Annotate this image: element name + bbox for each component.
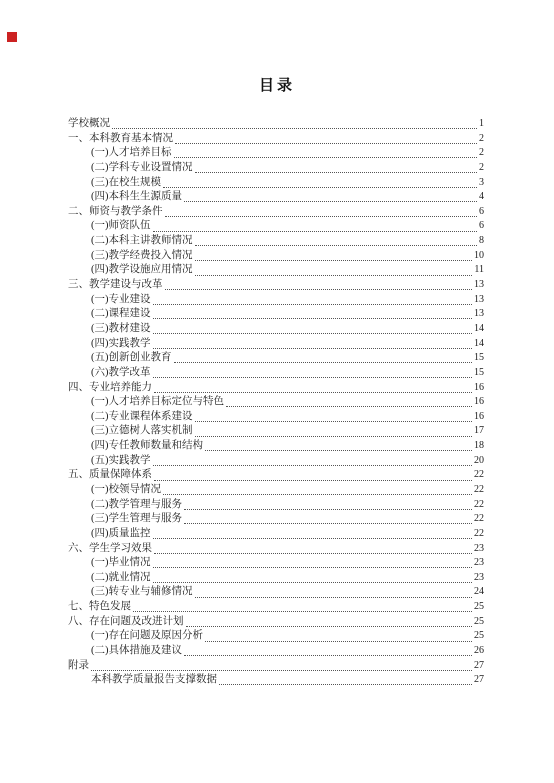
dot-leader [195,275,473,276]
toc-entry[interactable]: 一、本科教育基本情况2 [68,132,484,147]
toc-entry[interactable]: (一)人才培养目标定位与特色16 [68,395,484,410]
toc-entry-page: 22 [474,468,484,483]
toc-entry-label: (一)人才培养目标定位与特色 [91,395,224,410]
toc-entry-label: 八、存在问题及改进计划 [68,615,184,630]
toc-entry-label: 附录 [68,659,89,674]
toc-entry-label: 二、师资与教学条件 [68,205,163,220]
toc-entry-label: 七、特色发展 [68,600,131,615]
toc-entry-page: 2 [479,146,484,161]
toc-entry-label: (六)教学改革 [91,366,151,381]
toc-entry-label: (二)本科主讲教师情况 [91,234,193,249]
toc-entry-label: 六、学生学习效果 [68,542,152,557]
dot-leader [165,289,473,290]
toc-entry-label: (一)师资队伍 [91,219,151,234]
dot-leader [195,436,473,437]
dot-leader [184,509,472,510]
toc-entry-label: (四)本科生生源质量 [91,190,182,205]
toc-entry-page: 16 [474,410,484,425]
toc-entry[interactable]: (四)实践教学14 [68,337,484,352]
toc-entry[interactable]: 五、质量保障体系22 [68,468,484,483]
toc-entry-label: (一)人才培养目标 [91,146,172,161]
toc-entry[interactable]: (四)教学设施应用情况11 [68,263,484,278]
dot-leader [219,684,472,685]
toc-entry[interactable]: (二)教学管理与服务22 [68,498,484,513]
toc-entry-page: 23 [474,556,484,571]
toc-entry-label: (三)教材建设 [91,322,151,337]
toc-entry-page: 24 [474,585,484,600]
toc-entry-page: 13 [474,293,484,308]
dot-leader [91,670,472,671]
toc-entry-label: (三)立德树人落实机制 [91,424,193,439]
toc-entry[interactable]: (一)师资队伍6 [68,219,484,234]
dot-leader [226,406,472,407]
toc-entry-page: 20 [474,454,484,469]
dot-leader [153,582,473,583]
toc-entry-page: 4 [479,190,484,205]
dot-leader [195,245,478,246]
toc-entry-page: 22 [474,527,484,542]
toc-entry-label: (一)专业建设 [91,293,151,308]
toc-entry[interactable]: 八、存在问题及改进计划25 [68,615,484,630]
toc-entry[interactable]: 三、教学建设与改革13 [68,278,484,293]
toc-entry-page: 13 [474,307,484,322]
toc-entry-page: 25 [474,600,484,615]
toc-entry-page: 10 [474,249,484,264]
toc-entry-label: 一、本科教育基本情况 [68,132,173,147]
toc-entry[interactable]: (四)专任教师数量和结构18 [68,439,484,454]
dot-leader [153,377,473,378]
toc-entry-label: (二)具体措施及建议 [91,644,182,659]
toc-entry-page: 23 [474,571,484,586]
dot-leader [195,421,473,422]
toc-entry[interactable]: (一)专业建设13 [68,293,484,308]
dot-leader [133,611,472,612]
toc-entry[interactable]: (二)具体措施及建议26 [68,644,484,659]
toc-entry-label: (四)教学设施应用情况 [91,263,193,278]
toc-entry-page: 23 [474,542,484,557]
toc-entry[interactable]: (二)学科专业设置情况2 [68,161,484,176]
dot-leader [153,231,478,232]
toc-entry-label: 三、教学建设与改革 [68,278,163,293]
toc-entry[interactable]: (一)人才培养目标2 [68,146,484,161]
dot-leader [154,392,472,393]
toc-entry[interactable]: (一)毕业情况23 [68,556,484,571]
dot-leader [186,626,473,627]
toc-entry-label: (二)学科专业设置情况 [91,161,193,176]
toc-entry-page: 16 [474,381,484,396]
page-title: 目录 [0,74,554,95]
dot-leader [175,143,477,144]
toc-entry-label: (四)质量监控 [91,527,151,542]
dot-leader [112,128,477,129]
toc-entry-page: 18 [474,439,484,454]
toc-entry[interactable]: (三)立德树人落实机制17 [68,424,484,439]
toc-entry-page: 8 [479,234,484,249]
toc-entry-label: (一)存在问题及原因分析 [91,629,203,644]
toc-entry-page: 3 [479,176,484,191]
toc-entry-page: 22 [474,483,484,498]
dot-leader [153,304,473,305]
dot-leader [154,553,472,554]
toc-entry-label: (二)教学管理与服务 [91,498,182,513]
toc-entry-label: 学校概况 [68,117,110,132]
toc-entry-page: 6 [479,219,484,234]
dot-leader [174,157,478,158]
toc-entry[interactable]: (四)本科生生源质量4 [68,190,484,205]
toc-list: 学校概况1一、本科教育基本情况2(一)人才培养目标2(二)学科专业设置情况2(三… [68,117,484,688]
toc-entry[interactable]: 六、学生学习效果23 [68,542,484,557]
toc-entry-page: 22 [474,512,484,527]
toc-entry-label: (三)转专业与辅修情况 [91,585,193,600]
toc-entry-page: 13 [474,278,484,293]
red-square-marker [7,32,17,42]
toc-entry-page: 11 [474,263,484,278]
toc-entry-label: 五、质量保障体系 [68,468,152,483]
toc-entry-page: 27 [474,673,484,688]
dot-leader [153,333,473,334]
toc-entry-page: 27 [474,659,484,674]
toc-entry-page: 15 [474,366,484,381]
toc-entry[interactable]: (六)教学改革15 [68,366,484,381]
toc-entry-page: 15 [474,351,484,366]
toc-entry-label: (二)专业课程体系建设 [91,410,193,425]
toc-entry[interactable]: 学校概况1 [68,117,484,132]
toc-entry[interactable]: (二)本科主讲教师情况8 [68,234,484,249]
toc-entry-page: 6 [479,205,484,220]
toc-entry[interactable]: 本科教学质量报告支撑数据27 [68,673,484,688]
dot-leader [205,641,472,642]
toc-entry[interactable]: (五)实践教学20 [68,454,484,469]
toc-entry-page: 22 [474,498,484,513]
toc-entry-label: (五)实践教学 [91,454,151,469]
toc-entry-label: (三)学生管理与服务 [91,512,182,527]
toc-entry[interactable]: 附录27 [68,659,484,674]
toc-entry[interactable]: 七、特色发展25 [68,600,484,615]
dot-leader [154,480,472,481]
toc-entry-label: (二)课程建设 [91,307,151,322]
toc-entry[interactable]: (三)学生管理与服务22 [68,512,484,527]
dot-leader [195,597,473,598]
toc-entry[interactable]: (一)校领导情况22 [68,483,484,498]
toc-entry[interactable]: (三)在校生规模3 [68,176,484,191]
dot-leader [153,318,473,319]
toc-entry-label: (三)在校生规模 [91,176,161,191]
dot-leader [174,362,473,363]
dot-leader [205,450,472,451]
toc-entry-label: 本科教学质量报告支撑数据 [91,673,217,688]
toc-entry[interactable]: (四)质量监控22 [68,527,484,542]
toc-entry[interactable]: (一)存在问题及原因分析25 [68,629,484,644]
dot-leader [153,567,473,568]
dot-leader [153,348,473,349]
toc-entry-label: (五)创新创业教育 [91,351,172,366]
dot-leader [184,523,472,524]
toc-entry[interactable]: (三)转专业与辅修情况24 [68,586,484,601]
toc-entry[interactable]: (三)教学经费投入情况10 [68,249,484,264]
toc-entry[interactable]: 四、专业培养能力16 [68,381,484,396]
toc-entry-page: 25 [474,629,484,644]
toc-entry[interactable]: (三)教材建设14 [68,322,484,337]
toc-entry-label: (一)校领导情况 [91,483,161,498]
toc-entry-label: (四)实践教学 [91,337,151,352]
toc-entry[interactable]: (二)就业情况23 [68,571,484,586]
dot-leader [165,216,478,217]
dot-leader [184,655,472,656]
toc-entry-label: (一)毕业情况 [91,556,151,571]
toc-entry-page: 26 [474,644,484,659]
toc-entry[interactable]: (二)专业课程体系建设16 [68,410,484,425]
dot-leader [153,465,473,466]
toc-entry-page: 2 [479,161,484,176]
toc-entry-page: 16 [474,395,484,410]
dot-leader [163,494,472,495]
toc-entry-label: 四、专业培养能力 [68,381,152,396]
toc-entry-page: 14 [474,322,484,337]
toc-entry[interactable]: (五)创新创业教育15 [68,351,484,366]
toc-entry-page: 17 [474,424,484,439]
toc-entry-page: 1 [479,117,484,132]
toc-entry-page: 14 [474,337,484,352]
dot-leader [163,187,477,188]
dot-leader [195,260,473,261]
toc-entry[interactable]: (二)课程建设13 [68,307,484,322]
toc-entry-label: (三)教学经费投入情况 [91,249,193,264]
dot-leader [195,172,478,173]
toc-entry-label: (四)专任教师数量和结构 [91,439,203,454]
document-page: 目录 学校概况1一、本科教育基本情况2(一)人才培养目标2(二)学科专业设置情况… [0,0,554,783]
toc-entry[interactable]: 二、师资与教学条件6 [68,205,484,220]
toc-entry-page: 2 [479,132,484,147]
toc-entry-page: 25 [474,615,484,630]
dot-leader [184,201,477,202]
dot-leader [153,538,473,539]
toc-entry-label: (二)就业情况 [91,571,151,586]
